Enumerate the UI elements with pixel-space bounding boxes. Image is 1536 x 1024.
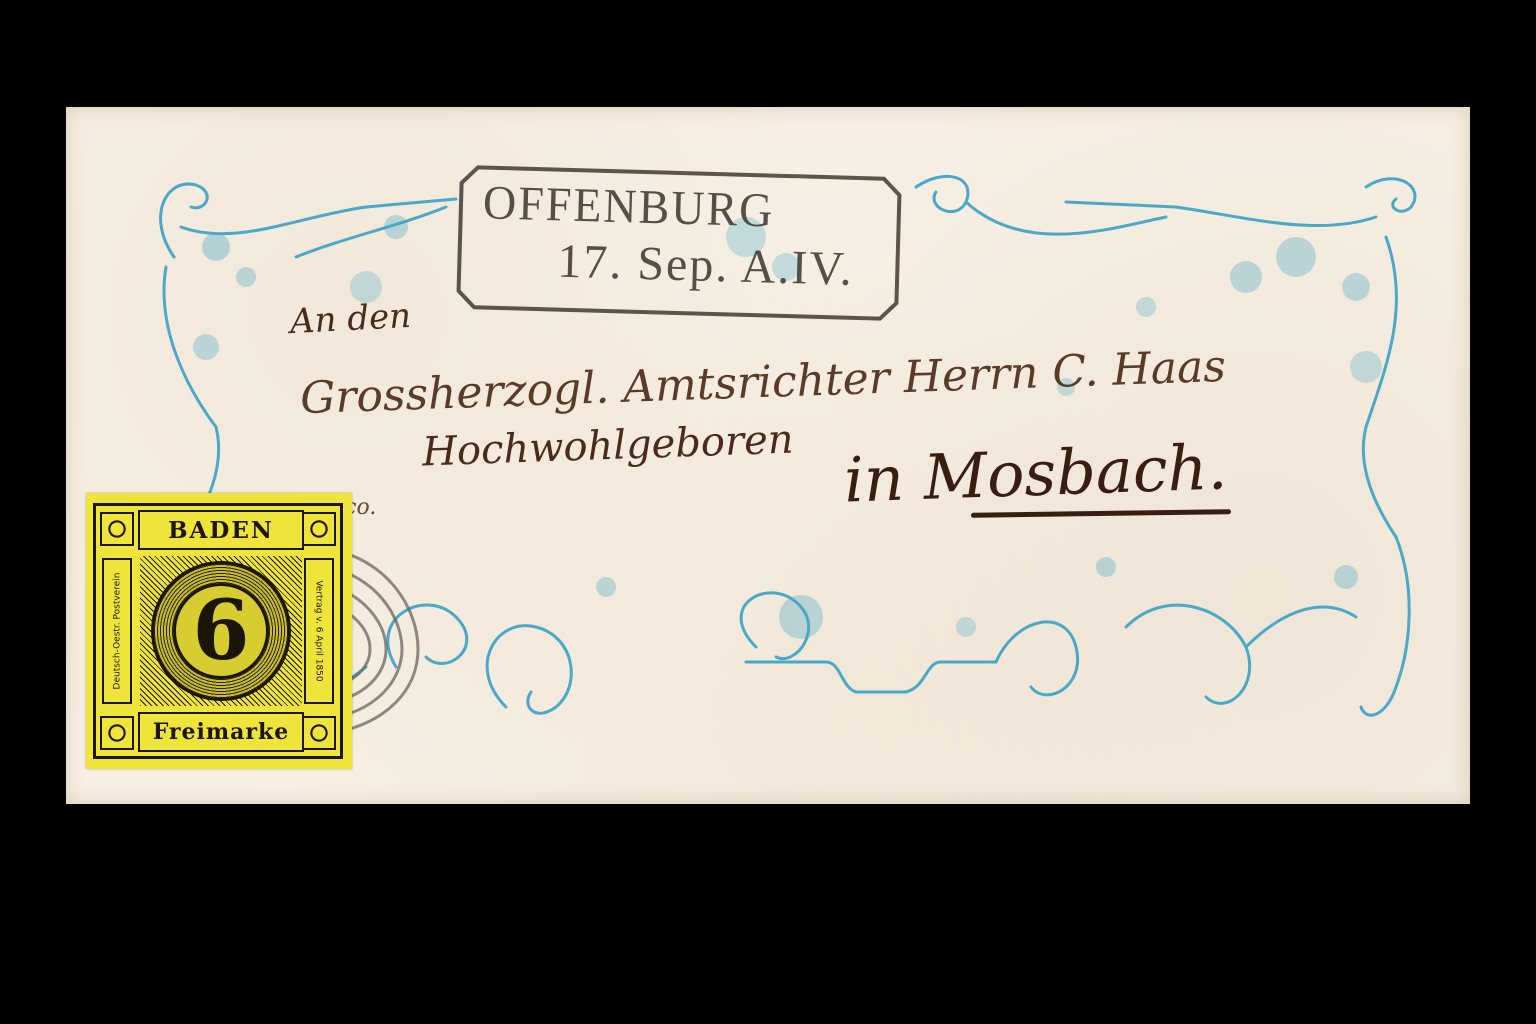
stamp-value: 6 <box>192 590 249 672</box>
corner-ornament-icon <box>100 512 134 546</box>
address-town: in Mosbach. <box>843 430 1228 516</box>
stamp-side-right-text: Vertrag v. 6 April 1850 <box>314 580 324 681</box>
corner-ornament-icon <box>302 512 336 546</box>
postal-cover: OFFENBURG 17. Sep. A.IV. An den Grossher… <box>66 107 1470 804</box>
stamp-side-right: Vertrag v. 6 April 1850 <box>304 558 334 704</box>
stamp-frame: BADEN Deutsch-Oestr. Postverein Vertrag … <box>93 503 343 759</box>
stamp-label: Freimarke <box>138 712 304 752</box>
postmark-town: OFFENBURG <box>482 174 775 238</box>
postmark-date: 17. Sep. A.IV. <box>557 234 855 297</box>
address-line-1: An den <box>289 296 412 342</box>
postage-stamp: BADEN Deutsch-Oestr. Postverein Vertrag … <box>86 493 352 769</box>
stamp-side-left-text: Deutsch-Oestr. Postverein <box>112 573 122 690</box>
corner-ornament-icon <box>100 716 134 750</box>
corner-ornament-icon <box>302 716 336 750</box>
stamp-side-left: Deutsch-Oestr. Postverein <box>102 558 132 704</box>
postmark-stamp: OFFENBURG 17. Sep. A.IV. <box>454 163 904 323</box>
stamp-country: BADEN <box>138 510 304 550</box>
stamp-value-circle: 6 <box>173 583 269 679</box>
stamp-center: 6 <box>140 556 302 706</box>
stamp-value-disc: 6 <box>151 561 291 701</box>
